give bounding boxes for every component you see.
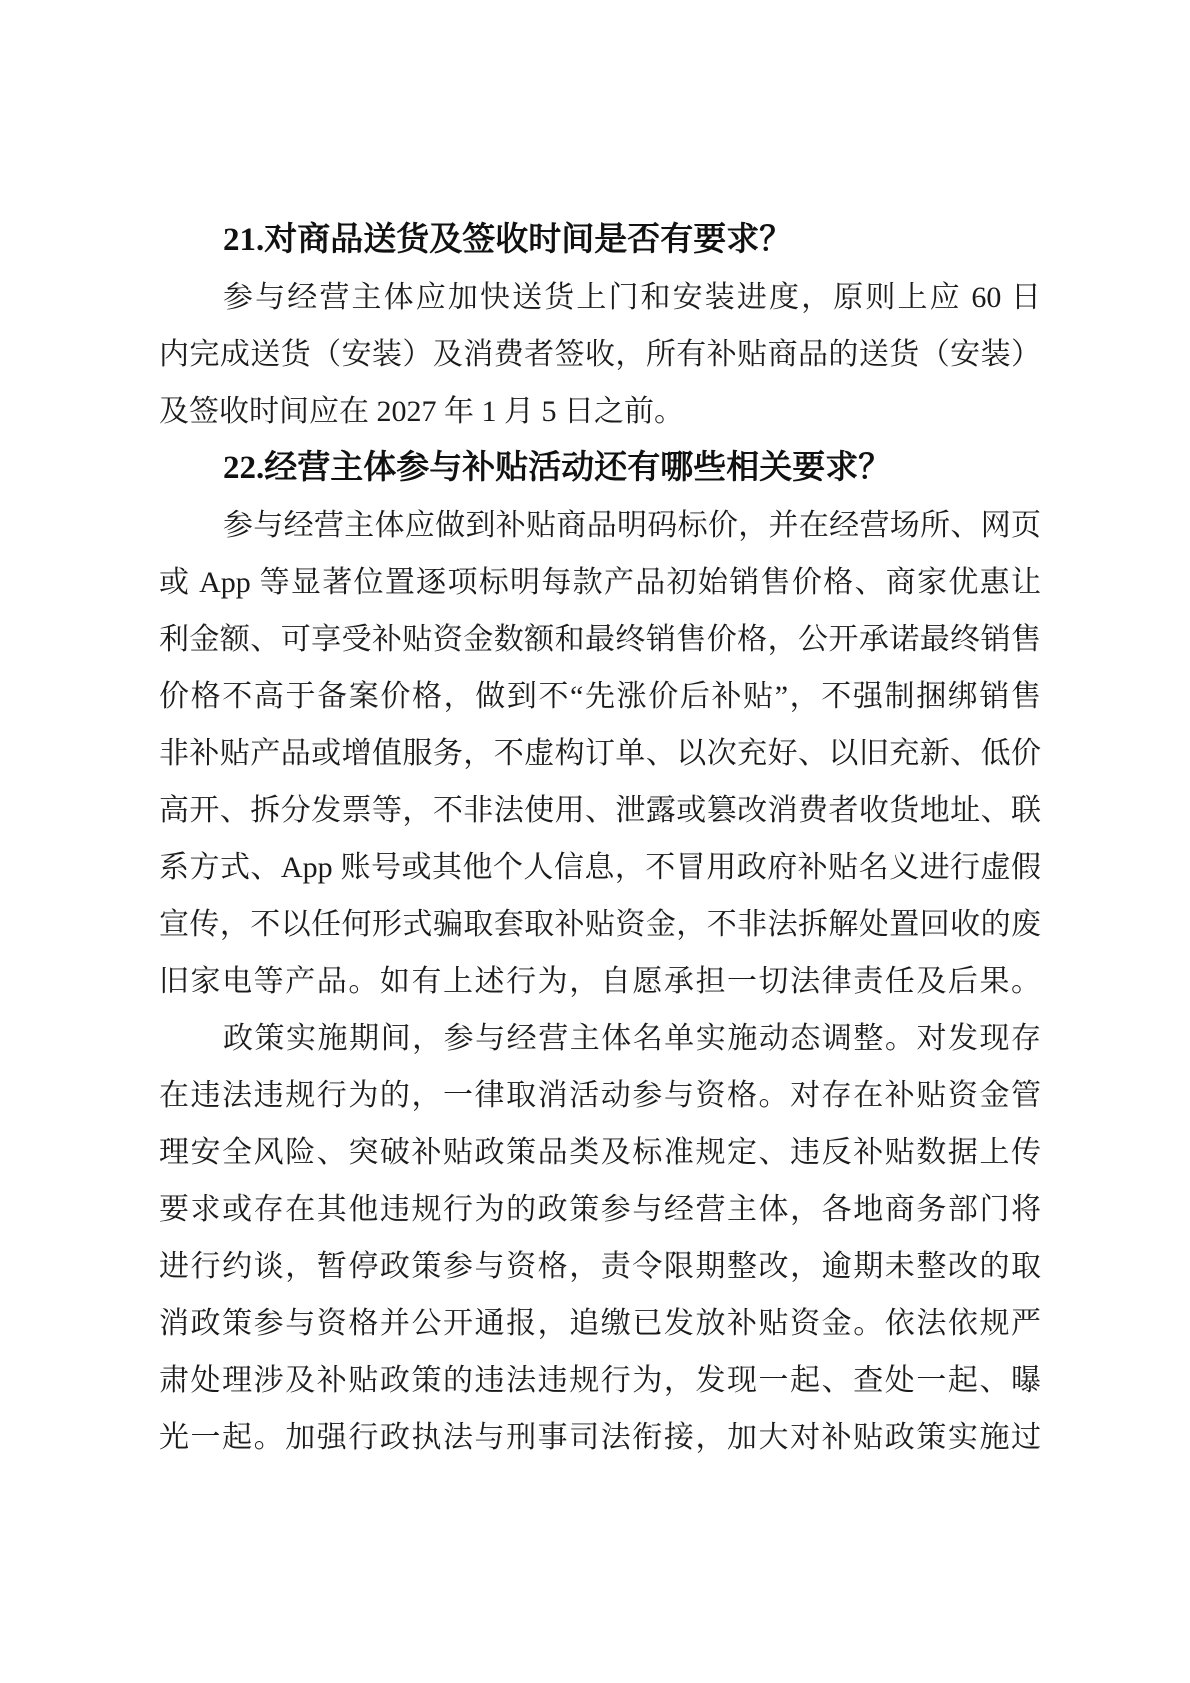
- document-content: 21.对商品送货及签收时间是否有要求？ 参与经营主体应加快送货上门和安装进度，原…: [159, 212, 1041, 1466]
- text-line: 或 App 等显著位置逐项标明每款产品初始销售价格、商家优惠让: [159, 554, 1041, 611]
- faq-21-heading: 21.对商品送货及签收时间是否有要求？: [159, 212, 1041, 269]
- faq-item-22: 22.经营主体参与补贴活动还有哪些相关要求？ 参与经营主体应做到补贴商品明码标价…: [159, 440, 1041, 1466]
- text-line: 宣传，不以任何形式骗取套取补贴资金，不非法拆解处置回收的废: [159, 896, 1041, 953]
- text-line: 系方式、App 账号或其他个人信息，不冒用政府补贴名义进行虚假: [159, 839, 1041, 896]
- text-line: 理安全风险、突破补贴政策品类及标准规定、违反补贴数据上传: [159, 1124, 1041, 1181]
- text-line: 肃处理涉及补贴政策的违法违规行为，发现一起、查处一起、曝: [159, 1352, 1041, 1409]
- text-line: 价格不高于备案价格，做到不“先涨价后补贴”，不强制捆绑销售: [159, 668, 1041, 725]
- text-line: 进行约谈，暂停政策参与资格，责令限期整改，逾期未整改的取: [159, 1238, 1041, 1295]
- text-line: 参与经营主体应加快送货上门和安装进度，原则上应 60 日: [159, 269, 1041, 326]
- text-line: 光一起。加强行政执法与刑事司法衔接，加大对补贴政策实施过: [159, 1409, 1041, 1466]
- text-line: 高开、拆分发票等，不非法使用、泄露或篡改消费者收货地址、联: [159, 782, 1041, 839]
- text-line: 政策实施期间，参与经营主体名单实施动态调整。对发现存: [159, 1010, 1041, 1067]
- document-page: 21.对商品送货及签收时间是否有要求？ 参与经营主体应加快送货上门和安装进度，原…: [0, 0, 1190, 1683]
- text-line: 非补贴产品或增值服务，不虚构订单、以次充好、以旧充新、低价: [159, 725, 1041, 782]
- text-line: 及签收时间应在 2027 年 1 月 5 日之前。: [159, 383, 1041, 440]
- text-line: 内完成送货（安装）及消费者签收，所有补贴商品的送货（安装）: [159, 326, 1041, 383]
- text-line: 消政策参与资格并公开通报，追缴已发放补贴资金。依法依规严: [159, 1295, 1041, 1352]
- text-line: 要求或存在其他违规行为的政策参与经营主体，各地商务部门将: [159, 1181, 1041, 1238]
- text-line: 利金额、可享受补贴资金数额和最终销售价格，公开承诺最终销售: [159, 611, 1041, 668]
- text-line: 参与经营主体应做到补贴商品明码标价，并在经营场所、网页: [159, 497, 1041, 554]
- faq-item-21: 21.对商品送货及签收时间是否有要求？ 参与经营主体应加快送货上门和安装进度，原…: [159, 212, 1041, 440]
- text-line: 旧家电等产品。如有上述行为，自愿承担一切法律责任及后果。: [159, 953, 1041, 1010]
- faq-22-heading: 22.经营主体参与补贴活动还有哪些相关要求？: [159, 440, 1041, 497]
- text-line: 在违法违规行为的，一律取消活动参与资格。对存在补贴资金管: [159, 1067, 1041, 1124]
